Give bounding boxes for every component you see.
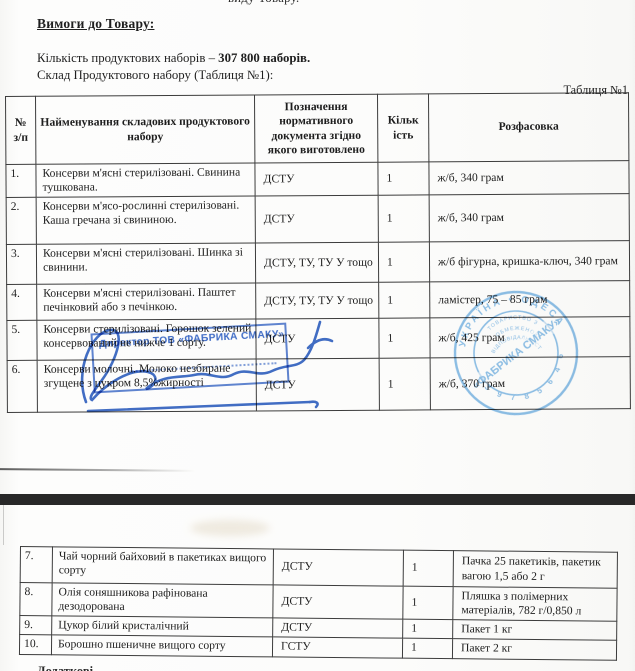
section-heading: Вимоги до Товару: — [37, 16, 154, 32]
scan-hairline — [0, 468, 195, 472]
cell-qty: 1 — [378, 242, 429, 282]
page-separator-band — [0, 494, 635, 505]
cell-pack: ж/б, 425 грам — [430, 317, 630, 358]
cell-doc: ДСТУ — [256, 319, 379, 360]
cell-num: 6. — [7, 361, 37, 413]
top-cropped-line: виду Товару. — [228, 0, 488, 6]
table-row: 6. Консерви молочні. Молоко незбиране зг… — [7, 357, 630, 413]
cell-qty: 1 — [378, 195, 429, 242]
cell-name: Консерви м'ясні стерилізовані. Шинка зі … — [36, 243, 255, 284]
cell-pack: Пакет 1 кг — [453, 620, 617, 641]
cell-name: Консерви стерилізовані. Горошок зелений … — [37, 319, 256, 360]
header-doc: Позначення нормативного документа згідно… — [254, 94, 377, 163]
cell-doc: ДСТУ — [273, 618, 403, 638]
quantity-line-bold: 307 800 наборів. — [218, 51, 310, 65]
table-row: 3. Консерви м'ясні стерилізовані. Шинка … — [6, 241, 629, 285]
table-2: 7. Чай чорний байховий в пакетиках вищог… — [19, 546, 617, 660]
cell-qty: 1 — [379, 318, 430, 358]
cell-name: Консерви м'ясо-рослинні стерилізовані. К… — [36, 196, 255, 244]
cell-name: Чай чорний байховий в пакетиках вищого с… — [52, 547, 273, 585]
table-row: 7. Чай чорний байховий в пакетиках вищог… — [20, 547, 617, 589]
scan-edge-line — [3, 505, 4, 545]
cell-qty: 1 — [402, 639, 452, 659]
cell-name: Борошно пшеничне вищого сорту — [51, 635, 272, 656]
cell-pack: Пакет 2 кг — [452, 639, 616, 660]
quantity-line-prefix: Кількість продуктових наборів – — [37, 51, 218, 65]
header-qty: Кількість — [377, 94, 428, 162]
cell-doc: ГСТУ — [272, 637, 402, 657]
cell-num: 5. — [7, 321, 37, 361]
cell-num: 9. — [20, 616, 52, 635]
cell-qty: 1 — [378, 162, 429, 196]
cell-name: Цукор білий кристалічний — [52, 616, 273, 637]
table-row: 2. Консерви м'ясо-рослинні стерилізовані… — [6, 194, 629, 245]
table-1: №з/п Найменування складових продуктового… — [5, 92, 630, 413]
cell-num: 3. — [6, 245, 36, 285]
cell-qty: 1 — [403, 619, 453, 639]
cell-doc: ДСТУ — [256, 359, 379, 412]
cell-doc: ДСТУ, ТУ, ТУ У тощо — [255, 243, 378, 284]
cell-num: 8. — [20, 583, 52, 617]
cell-doc: ДСТУ — [255, 162, 378, 196]
table-row: 5. Консерви стерилізовані. Горошок зелен… — [7, 317, 630, 361]
cell-doc: ДСТУ — [255, 196, 378, 244]
cell-pack: ламістер, 75 – 85 грам — [430, 281, 630, 318]
header-pack: Розфасовка — [428, 93, 628, 162]
scan-smudge — [190, 520, 270, 536]
cell-qty: 1 — [379, 358, 430, 410]
cell-name: Консерви молочні. Молоко незбиране згуще… — [37, 359, 256, 412]
cell-name: Олія соняшникова рафінована дезодорована — [52, 583, 273, 618]
composition-line: Склад Продуктового набору (Таблиця №1): — [37, 68, 273, 83]
header-num: №з/п — [6, 96, 36, 164]
cell-pack: ж/б фігурна, кришка-ключ, 340 грам — [429, 241, 629, 282]
table-row: 4. Консерви м'ясні стерилізовані. Паштет… — [7, 281, 630, 321]
cell-num: 7. — [20, 547, 52, 583]
quantity-line: Кількість продуктових наборів – 307 800 … — [37, 51, 310, 66]
table-row: 1. Консерви м'ясні стерилізовані. Свинин… — [6, 161, 629, 198]
cell-doc: ДСТУ — [273, 549, 403, 586]
table-1-header-row: №з/п Найменування складових продуктового… — [6, 93, 629, 165]
cell-pack: Пачка 25 пакетиків, пакетик вагою 1,5 аб… — [453, 551, 617, 589]
header-name: Найменування складових продуктового набо… — [36, 95, 255, 164]
cell-num: 4. — [7, 285, 37, 321]
scanned-document-page: виду Товару. Вимоги до Товару: Кількість… — [0, 0, 635, 671]
cell-pack: Пляшка з полімерних матеріалів, 782 г/0,… — [453, 587, 617, 622]
cell-num: 10. — [19, 635, 51, 654]
cell-doc: ДСТУ — [273, 585, 403, 620]
cell-name: Консерви м'ясні стерилізовані. Паштет пе… — [37, 283, 256, 320]
cell-pack: ж/б, 340 грам — [429, 194, 629, 242]
cell-pack: ж/б, 370 грам — [430, 357, 630, 410]
cell-name: Консерви м'ясні стерилізовані. Свинина т… — [36, 163, 255, 198]
cell-qty: 1 — [379, 282, 430, 318]
cell-qty: 1 — [403, 586, 453, 620]
cell-qty: 1 — [403, 550, 453, 586]
cell-pack: ж/б, 340 грам — [429, 161, 629, 196]
bottom-cropped-line: Додаткові — [37, 664, 257, 671]
cell-num: 1. — [6, 164, 36, 197]
cell-doc: ДСТУ, ТУ, ТУ У тощо — [256, 283, 379, 320]
cell-num: 2. — [6, 198, 36, 245]
